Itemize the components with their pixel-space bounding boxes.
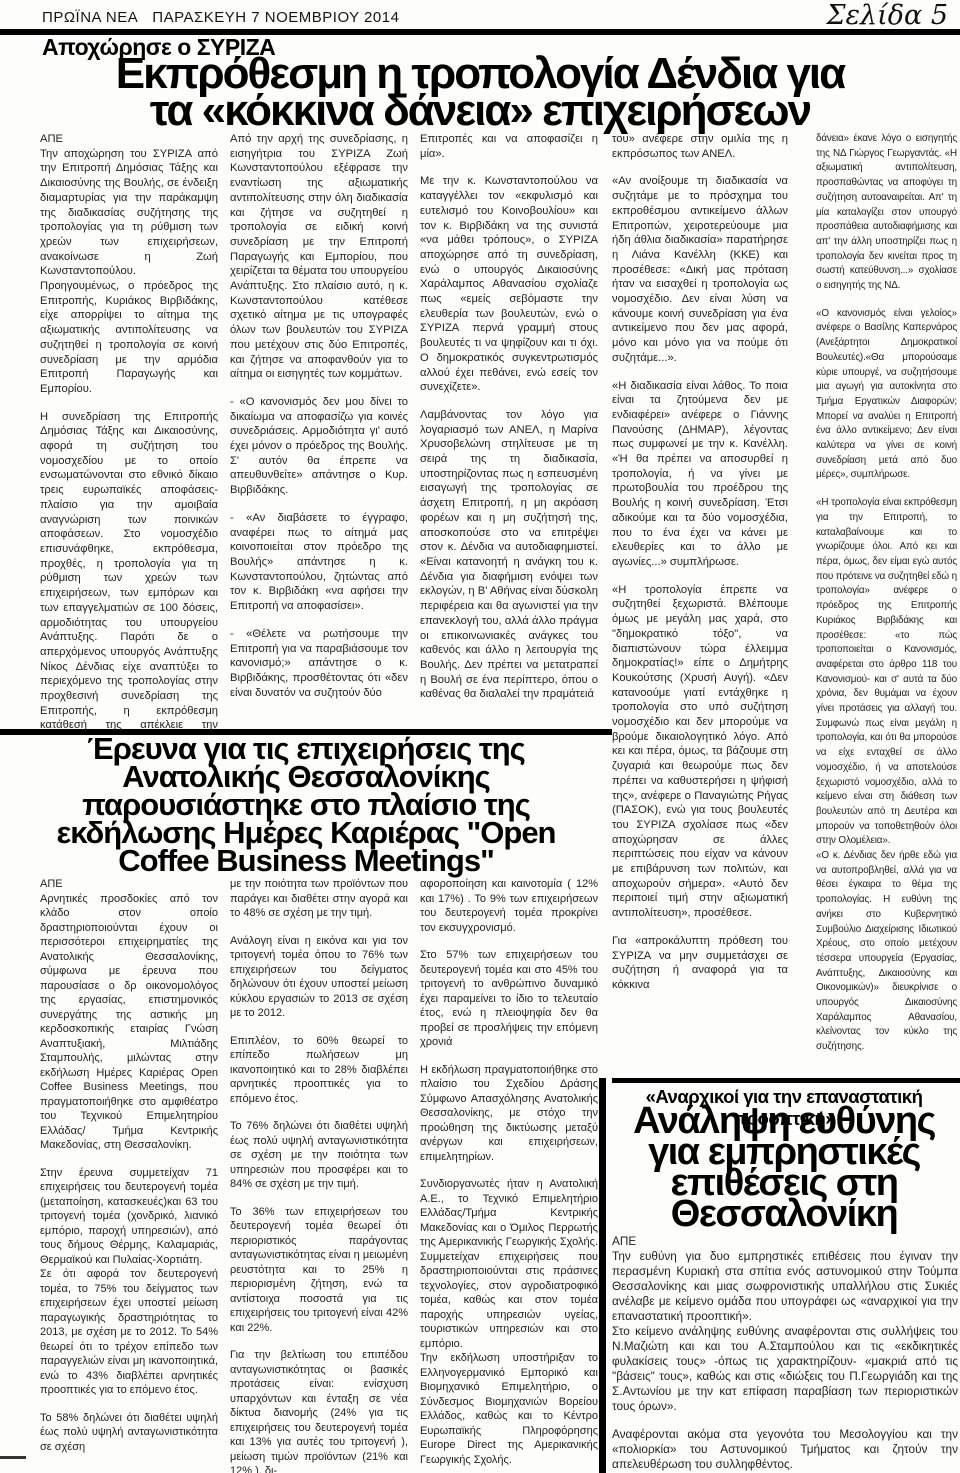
paragraph: Σε ότι αφορά τον δευτερογενή τομέα, το 7… (40, 1267, 218, 1398)
paragraph: Επιπλέον, το 60% θεωρεί το επίπεδο πωλήσ… (230, 1034, 408, 1107)
paragraph: Η εκδήλωση πραγματοποιήθηκε στο πλαίσιο … (420, 1063, 598, 1165)
paragraph: ΑΠΕ (40, 132, 218, 147)
lead-headline: Εκπρόθεσμη η τροπολογία Δένδια για τα «κ… (0, 55, 960, 129)
paragraph: «Η τροπολογία έπρεπε να συζητηθεί ξεχωρι… (612, 583, 788, 921)
newspaper-page: ΠΡΩΪΝΑ ΝΕΑΠΑΡΑΣΚΕΥΗ 7 ΝΟΕΜΒΡΙΟΥ 2014 Σελ… (0, 0, 960, 1473)
paragraph: ΑΠΕ (612, 1234, 958, 1249)
masthead: ΠΡΩΪΝΑ ΝΕΑΠΑΡΑΣΚΕΥΗ 7 ΝΟΕΜΒΡΙΟΥ 2014 (42, 9, 399, 26)
paragraph: αφοροποίηση και καινοτομία ( 12% και 17%… (420, 877, 598, 935)
paragraph: Με την κ. Κωνσταντοπούλου να καταγγέλλει… (420, 174, 598, 395)
research-column-2: με την ποιότητα των προϊόντων που παράγε… (230, 877, 408, 1473)
paragraph: Στο 57% των επιχειρήσεων του δευτερογενή… (420, 948, 598, 1050)
research-headline: Έρευνα για τις επιχειρήσεις της Ανατολικ… (10, 735, 602, 875)
arson-body: ΑΠΕΤην ευθύνη για δυο εμπρηστικές επιθέσ… (612, 1234, 958, 1473)
paragraph: ΑΠΕ (40, 877, 218, 892)
paragraph: Για «απροκάλυπτη πρόθεση του ΣΥΡΙΖΑ να μ… (612, 934, 788, 993)
paragraph: Το 58% δηλώνει ότι διαθέτει υψηλή έως πο… (40, 1411, 218, 1455)
paragraph: - «Αν διαβάσετε το έγγραφο, αναφέρει πως… (230, 511, 408, 614)
arson-article-rule (612, 1078, 960, 1083)
paragraph: Η συνεδρίαση της Επιτροπής Δημόσιας Τάξη… (40, 410, 218, 729)
paragraph: Στο κείμενο ανάληψης ευθύνης αναφέρονται… (612, 1324, 958, 1414)
paragraph: «Αν ανοίξουμε τη διαδικασία να συζητάμε … (612, 174, 788, 365)
paragraph: Στην έρευνα συμμετείχαν 71 επιχειρήσεις … (40, 1166, 218, 1268)
lead-column-3: Επιτροπές και να αποφασίζει η μία».Με τη… (420, 132, 598, 729)
stray-mark (0, 1456, 26, 1459)
paragraph: Την αποχώρηση του ΣΥΡΙΖΑ από την Επιτροπ… (40, 147, 218, 397)
paragraph: του» ανέφερε στην ομιλία της η εκπρόσωπο… (612, 132, 788, 161)
paragraph: Την ευθύνη για δυο εμπρηστικές επιθέσεις… (612, 1249, 958, 1324)
paragraph: - «Ο κανονισμός δεν μου δίνει το δικαίωμ… (230, 395, 408, 498)
paragraph: δάνεια» έκανε λόγο ο εισηγητής της ΝΔ Γι… (816, 132, 957, 294)
paragraph: Την εκδήλωση υποστήριξαν το Ελληνογερμαν… (420, 1351, 598, 1467)
page-number: Σελίδα 5 (826, 0, 948, 31)
lead-column-5: δάνεια» έκανε λόγο ο εισηγητής της ΝΔ Γι… (816, 132, 957, 1070)
paragraph: «Ο κανονισμός είναι γελοίος» ανέφερε ο Β… (816, 307, 957, 483)
paragraph: «Ο κ. Δένδιας δεν ήρθε εδώ για να αυτοπρ… (816, 849, 957, 1055)
paragraph: «Η διαδικασία είναι λάθος. Το ποια είναι… (612, 379, 788, 570)
paragraph: με την ποιότητα των προϊόντων που παράγε… (230, 877, 408, 921)
research-column-1: ΑΠΕΑρνητικές προσδοκίες από τον κλάδο στ… (40, 877, 218, 1473)
paragraph: «Η τροπολογία είναι εκπρόθεσμη για την Ε… (816, 496, 957, 849)
paragraph: Αναφέρονται ακόμα στα γεγονότα του Μεσολ… (612, 1427, 958, 1472)
dateline: ΠΑΡΑΣΚΕΥΗ 7 ΝΟΕΜΒΡΙΟΥ 2014 (152, 9, 399, 26)
paragraph: Ανάλογη είναι η εικόνα και για τον τριτο… (230, 934, 408, 1021)
arson-headline: Ανάληψη ευθύνης για εμπρηστικές επιθέσει… (608, 1106, 960, 1230)
paper-title: ΠΡΩΪΝΑ ΝΕΑ (42, 9, 138, 26)
vertical-divider (599, 1078, 606, 1473)
lead-column-4: του» ανέφερε στην ομιλία της η εκπρόσωπο… (612, 132, 788, 1070)
lead-column-2: Από την αρχή της συνεδρίασης, η εισηγήτρ… (230, 132, 408, 729)
paragraph: Το 76% δηλώνει ότι διαθέτει υψηλή έως πο… (230, 1119, 408, 1192)
paragraph: Συνδιοργανωτές ήταν η Ανατολική Α.Ε., το… (420, 1177, 598, 1351)
research-column-3: αφοροποίηση και καινοτομία ( 12% και 17%… (420, 877, 598, 1473)
paragraph: - «Θέλετε να ρωτήσουμε την Επιτροπή για … (230, 627, 408, 701)
paragraph: Λαμβάνοντας τον λόγο για λογαριασμό των … (420, 408, 598, 702)
lead-column-1: ΑΠΕΤην αποχώρηση του ΣΥΡΙΖΑ από την Επιτ… (40, 132, 218, 729)
paragraph: Αρνητικές προσδοκίες από τον κλάδο στον … (40, 892, 218, 1153)
paragraph: Το 36% των επιχειρήσεων του δευτερογενή … (230, 1205, 408, 1336)
paragraph: Από την αρχή της συνεδρίασης, η εισηγήτρ… (230, 132, 408, 382)
paragraph: Για την βελτίωση του επιπέδου ανταγωνιστ… (230, 1348, 408, 1473)
paragraph: Επιτροπές και να αποφασίζει η μία». (420, 132, 598, 161)
